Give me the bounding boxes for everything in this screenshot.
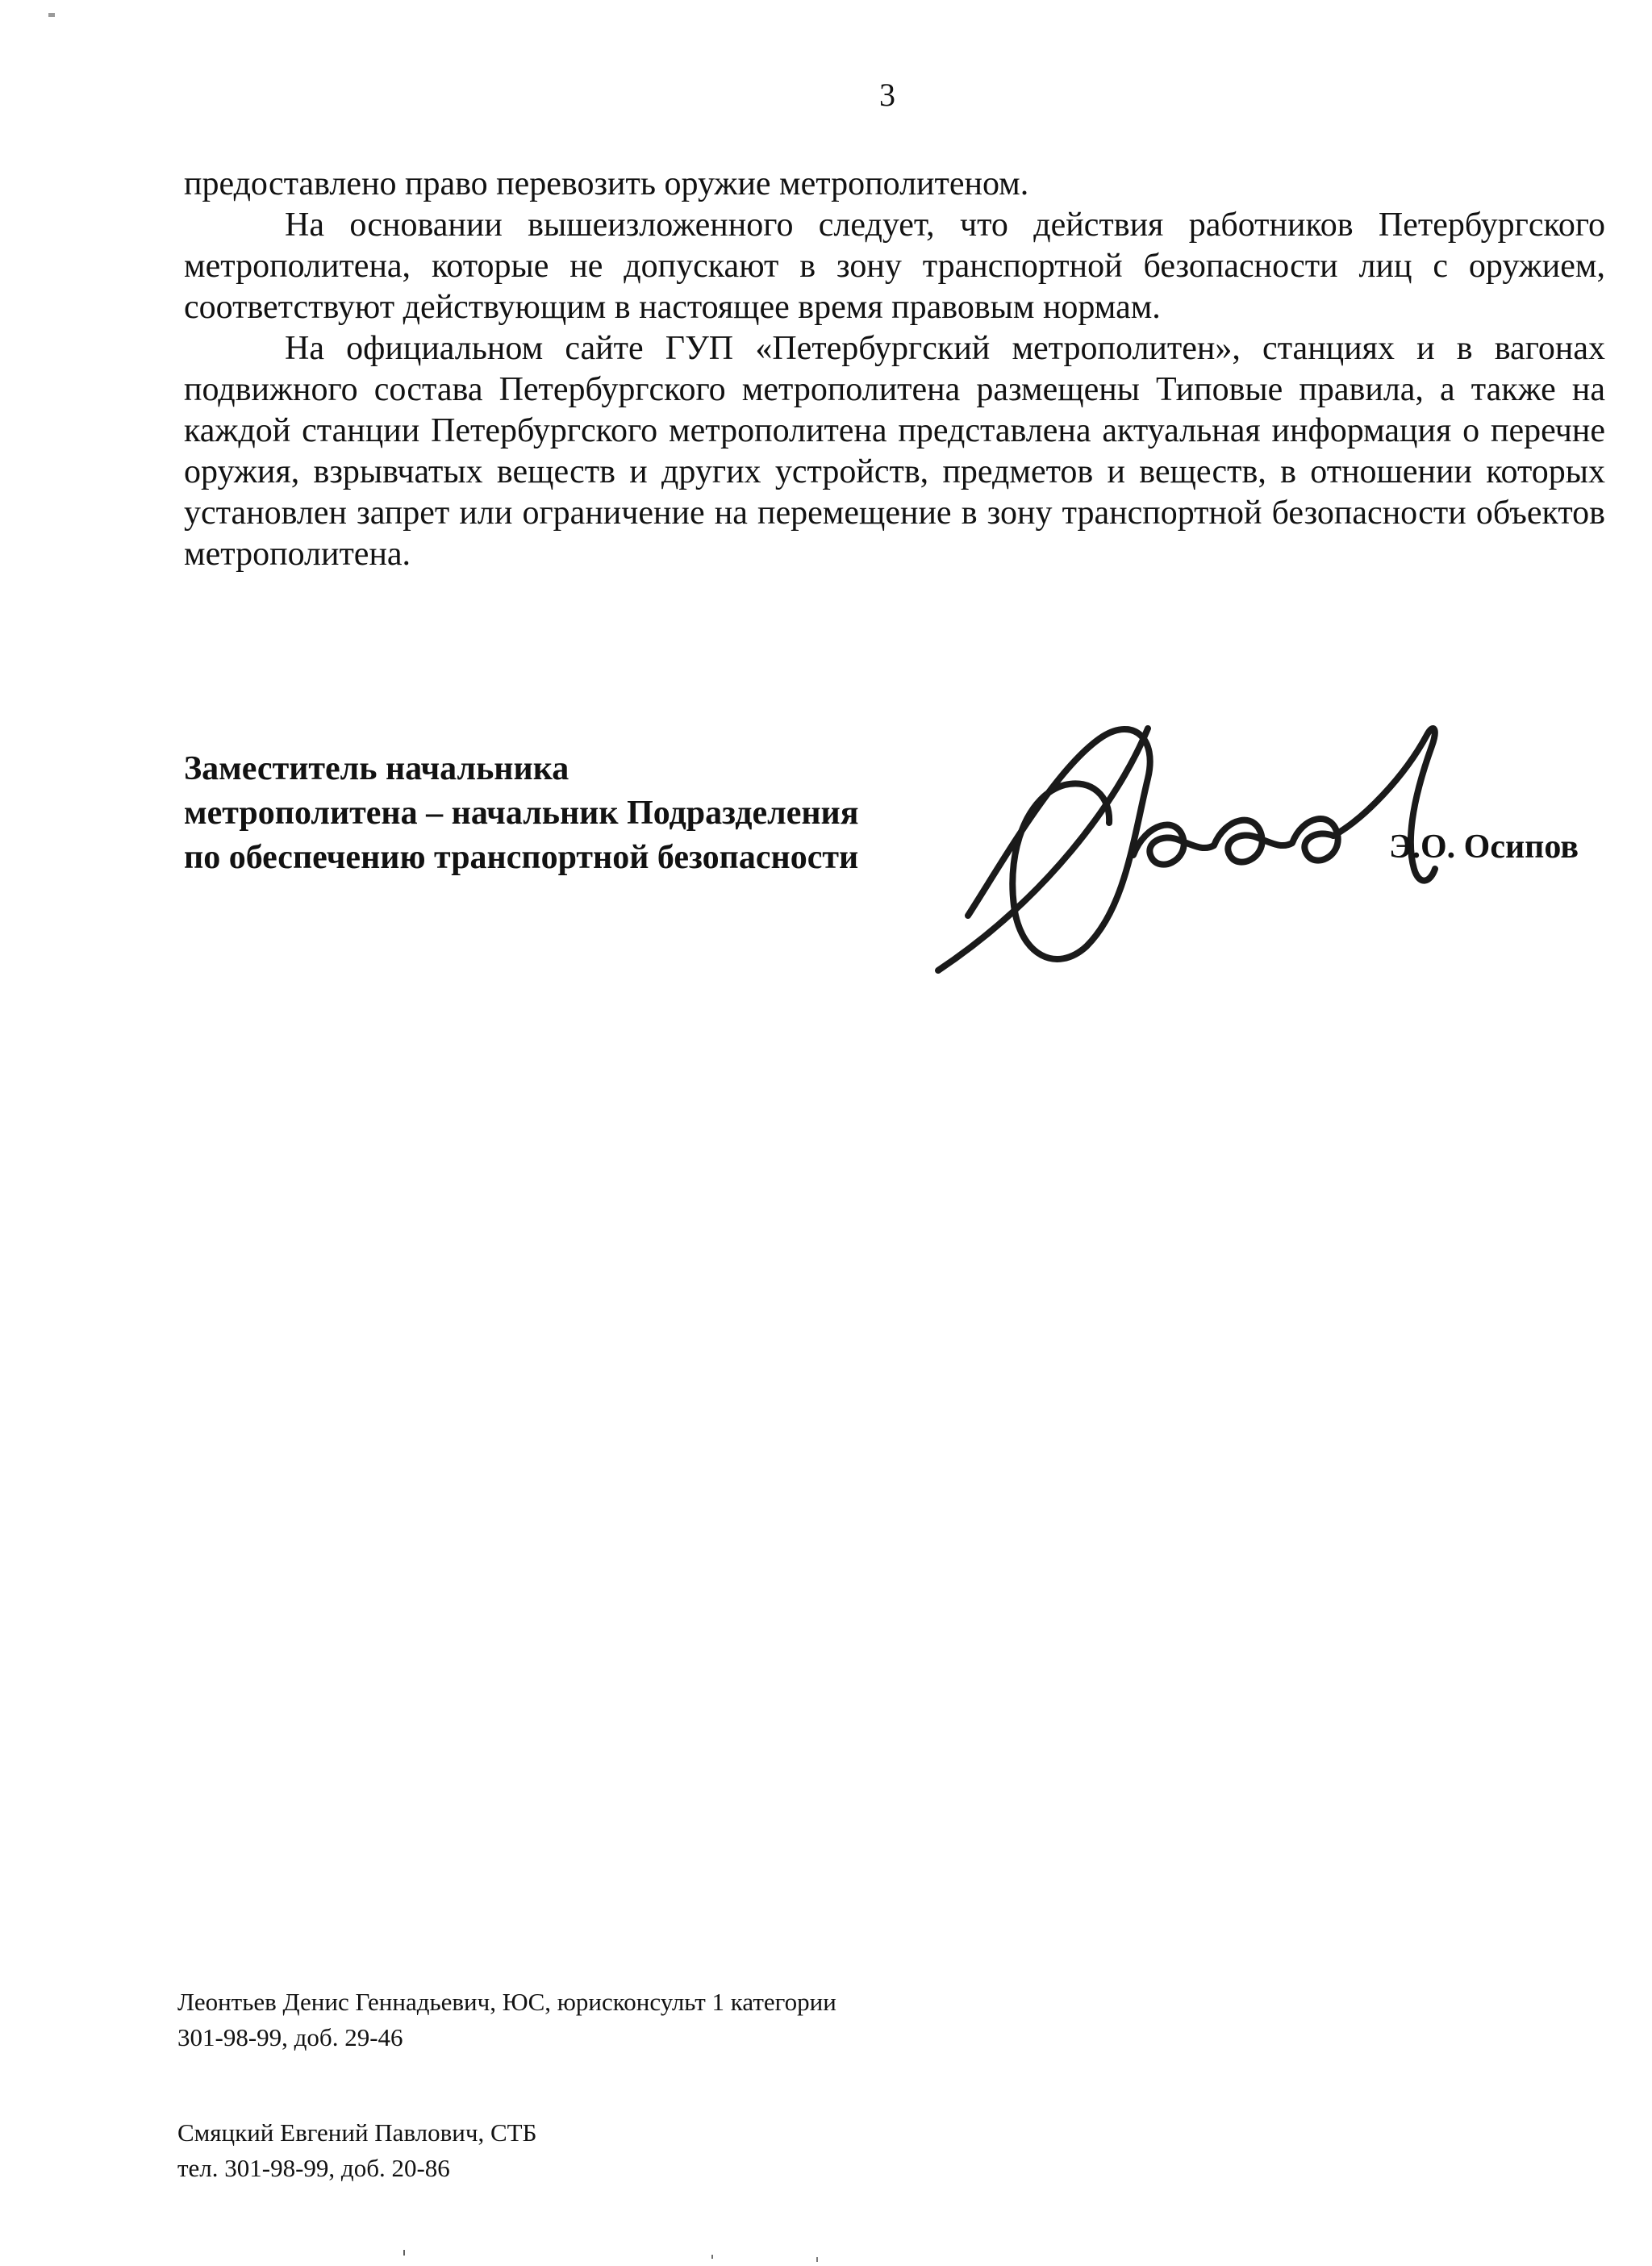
executor-2-phone: тел. 301-98-99, доб. 20-86 — [177, 2151, 1145, 2186]
page-number: 3 — [879, 79, 895, 111]
signer-name: Э.О. Осипов — [1389, 828, 1579, 866]
signer-job-title: Заместитель начальника метрополитена – н… — [184, 747, 958, 880]
signer-job-title-line3: по обеспечению транспортной безопасности — [184, 836, 958, 880]
scan-artifact — [711, 2255, 713, 2259]
executor-2-name-role: Смяцкий Евгений Павлович, СТБ — [177, 2115, 1145, 2151]
executor-contact-2: Смяцкий Евгений Павлович, СТБ тел. 301-9… — [177, 2115, 1145, 2186]
handwritten-signature-icon — [891, 690, 1472, 980]
scan-artifact — [816, 2257, 818, 2262]
executor-contacts: Леонтьев Денис Геннадьевич, ЮС, юрисконс… — [177, 1984, 1145, 2246]
paragraph-information-posting: На официальном сайте ГУП «Петербургский … — [184, 328, 1605, 575]
paragraph-continuation: предоставлено право перевозить оружие ме… — [184, 164, 1605, 205]
signer-job-title-line1: Заместитель начальника — [184, 747, 958, 791]
document-page: 3 предоставлено право перевозить оружие … — [0, 0, 1652, 2266]
executor-contact-1: Леонтьев Денис Геннадьевич, ЮС, юрисконс… — [177, 1984, 1145, 2055]
scan-artifact — [48, 13, 55, 17]
executor-1-name-role: Леонтьев Денис Геннадьевич, ЮС, юрисконс… — [177, 1984, 1145, 2020]
scan-artifact — [403, 2250, 405, 2256]
body-text: предоставлено право перевозить оружие ме… — [184, 164, 1605, 575]
signer-job-title-line2: метрополитена – начальник Подразделения — [184, 791, 958, 836]
paragraph-legal-conclusion: На основании вышеизложенного следует, чт… — [184, 205, 1605, 328]
executor-1-phone: 301-98-99, доб. 29-46 — [177, 2020, 1145, 2055]
